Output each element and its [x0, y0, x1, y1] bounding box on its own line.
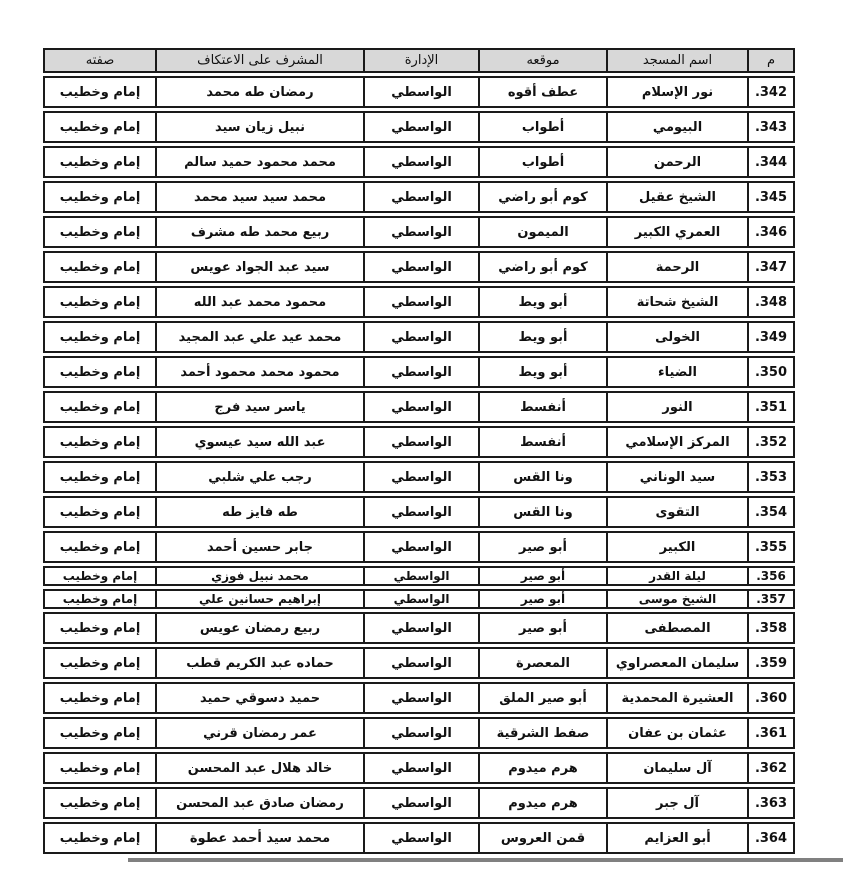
cell-supervisor: طه فايز طه — [155, 498, 363, 526]
cell-mosque-name: آل جبر — [606, 789, 747, 817]
cell-admin: الواسطي — [363, 218, 478, 246]
cell-mosque-name: المركز الإسلامي — [606, 428, 747, 456]
cell-supervisor: إبراهيم حسانين علي — [155, 591, 363, 607]
cell-mosque-name: العشيرة المحمدية — [606, 684, 747, 712]
header-admin: الإدارة — [363, 50, 478, 71]
cell-mosque-name: الرحمن — [606, 148, 747, 176]
cell-number: .348 — [747, 288, 793, 316]
cell-supervisor: محمد سيد أحمد عطوة — [155, 824, 363, 852]
table-row: .355 الكبير أبو صير الواسطي جابر حسين أح… — [43, 531, 795, 563]
table-row: .353 سيد الوناني ونا القس الواسطي رجب عل… — [43, 461, 795, 493]
cell-number: .346 — [747, 218, 793, 246]
cell-number: .353 — [747, 463, 793, 491]
cell-title: إمام وخطيب — [45, 428, 155, 456]
header-number: م — [747, 50, 793, 71]
cell-location: الميمون — [478, 218, 606, 246]
cell-title: إمام وخطيب — [45, 148, 155, 176]
cell-admin: الواسطي — [363, 428, 478, 456]
cell-mosque-name: سيد الوناني — [606, 463, 747, 491]
cell-number: .360 — [747, 684, 793, 712]
table-row: .362 آل سليمان هرم ميدوم الواسطي خالد هل… — [43, 752, 795, 784]
cell-admin: الواسطي — [363, 789, 478, 817]
table-row: .359 سليمان المعصراوي المعصرة الواسطي حم… — [43, 647, 795, 679]
table-row: .351 النور أنفسط الواسطي ياسر سيد فرج إم… — [43, 391, 795, 423]
cell-admin: الواسطي — [363, 113, 478, 141]
cell-number: .344 — [747, 148, 793, 176]
cell-location: أبو صير الملق — [478, 684, 606, 712]
cell-supervisor: محمد محمود حميد سالم — [155, 148, 363, 176]
cell-supervisor: جابر حسين أحمد — [155, 533, 363, 561]
cell-supervisor: محمد سيد سيد محمد — [155, 183, 363, 211]
cell-title: إمام وخطيب — [45, 253, 155, 281]
table-row: .350 الضياء أبو ويط الواسطي محمود محمد م… — [43, 356, 795, 388]
cell-admin: الواسطي — [363, 498, 478, 526]
cell-supervisor: رجب علي شلبي — [155, 463, 363, 491]
cell-number: .352 — [747, 428, 793, 456]
cell-supervisor: خالد هلال عبد المحسن — [155, 754, 363, 782]
cell-location: أبو صير — [478, 614, 606, 642]
cell-title: إمام وخطيب — [45, 393, 155, 421]
cell-supervisor: محمد عيد علي عبد المجيد — [155, 323, 363, 351]
cell-admin: الواسطي — [363, 393, 478, 421]
header-title: صفته — [45, 50, 155, 71]
table-row: .363 آل جبر هرم ميدوم الواسطي رمضان صادق… — [43, 787, 795, 819]
cell-location: أنفسط — [478, 393, 606, 421]
cell-number: .358 — [747, 614, 793, 642]
cell-number: .364 — [747, 824, 793, 852]
cell-location: أبو ويط — [478, 288, 606, 316]
cell-location: أطواب — [478, 113, 606, 141]
cell-admin: الواسطي — [363, 463, 478, 491]
cell-number: .362 — [747, 754, 793, 782]
cell-title: إمام وخطيب — [45, 789, 155, 817]
cell-mosque-name: الشيخ شحاتة — [606, 288, 747, 316]
cell-title: إمام وخطيب — [45, 113, 155, 141]
cell-number: .355 — [747, 533, 793, 561]
cell-title: إمام وخطيب — [45, 754, 155, 782]
table-row: .361 عثمان بن عفان صفط الشرقية الواسطي ع… — [43, 717, 795, 749]
table-body: .342 نور الإسلام عطف أقوه الواسطي رمضان … — [43, 76, 795, 854]
cell-admin: الواسطي — [363, 253, 478, 281]
cell-mosque-name: الضياء — [606, 358, 747, 386]
table-row: .347 الرحمة كوم أبو راضي الواسطي سيد عبد… — [43, 251, 795, 283]
cell-number: .349 — [747, 323, 793, 351]
cell-admin: الواسطي — [363, 288, 478, 316]
cell-title: إمام وخطيب — [45, 824, 155, 852]
table-row: .348 الشيخ شحاتة أبو ويط الواسطي محمود م… — [43, 286, 795, 318]
cell-supervisor: رمضان طه محمد — [155, 78, 363, 106]
cell-admin: الواسطي — [363, 684, 478, 712]
cell-supervisor: سيد عبد الجواد عويس — [155, 253, 363, 281]
cell-number: .363 — [747, 789, 793, 817]
cell-title: إمام وخطيب — [45, 498, 155, 526]
header-mosque-name: اسم المسجد — [606, 50, 747, 71]
cell-mosque-name: الشيخ عقيل — [606, 183, 747, 211]
cell-mosque-name: الشيخ موسى — [606, 591, 747, 607]
cell-mosque-name: البيومي — [606, 113, 747, 141]
cell-supervisor: نبيل زيان سيد — [155, 113, 363, 141]
cell-supervisor: عبد الله سيد عيسوي — [155, 428, 363, 456]
cell-location: أبو ويط — [478, 358, 606, 386]
table-row: .349 الخولى أبو ويط الواسطي محمد عيد علي… — [43, 321, 795, 353]
cell-supervisor: رمضان صادق عبد المحسن — [155, 789, 363, 817]
cell-mosque-name: نور الإسلام — [606, 78, 747, 106]
cell-mosque-name: المصطفى — [606, 614, 747, 642]
cell-mosque-name: أبو العزايم — [606, 824, 747, 852]
cell-title: إمام وخطيب — [45, 684, 155, 712]
cell-supervisor: حماده عبد الكريم قطب — [155, 649, 363, 677]
cell-mosque-name: الرحمة — [606, 253, 747, 281]
cell-number: .356 — [747, 568, 793, 584]
cell-title: إمام وخطيب — [45, 568, 155, 584]
table-row: .364 أبو العزايم قمن العروس الواسطي محمد… — [43, 822, 795, 854]
cell-location: قمن العروس — [478, 824, 606, 852]
cell-number: .357 — [747, 591, 793, 607]
cell-location: أطواب — [478, 148, 606, 176]
cell-location: ونا القس — [478, 498, 606, 526]
cell-supervisor: محمد نبيل فوزي — [155, 568, 363, 584]
cell-location: هرم ميدوم — [478, 789, 606, 817]
table-row: .345 الشيخ عقيل كوم أبو راضي الواسطي محم… — [43, 181, 795, 213]
cell-location: كوم أبو راضي — [478, 183, 606, 211]
cell-number: .359 — [747, 649, 793, 677]
cell-title: إمام وخطيب — [45, 591, 155, 607]
cell-number: .345 — [747, 183, 793, 211]
cell-title: إمام وخطيب — [45, 323, 155, 351]
cell-mosque-name: العمري الكبير — [606, 218, 747, 246]
cell-location: أبو صير — [478, 591, 606, 607]
cell-title: إمام وخطيب — [45, 649, 155, 677]
cell-admin: الواسطي — [363, 614, 478, 642]
cell-mosque-name: آل سليمان — [606, 754, 747, 782]
cell-admin: الواسطي — [363, 78, 478, 106]
cell-mosque-name: عثمان بن عفان — [606, 719, 747, 747]
table-row: .346 العمري الكبير الميمون الواسطي ربيع … — [43, 216, 795, 248]
cell-number: .350 — [747, 358, 793, 386]
cell-title: إمام وخطيب — [45, 358, 155, 386]
scanned-document-page: م اسم المسجد موقعه الإدارة المشرف على ال… — [0, 0, 843, 872]
table-row: .357 الشيخ موسى أبو صير الواسطي إبراهيم … — [43, 589, 795, 609]
cell-admin: الواسطي — [363, 568, 478, 584]
cell-number: .347 — [747, 253, 793, 281]
cell-admin: الواسطي — [363, 824, 478, 852]
cell-title: إمام وخطيب — [45, 719, 155, 747]
cell-supervisor: محمود محمد عبد الله — [155, 288, 363, 316]
cell-title: إمام وخطيب — [45, 78, 155, 106]
table-row: .360 العشيرة المحمدية أبو صير الملق الوا… — [43, 682, 795, 714]
cell-supervisor: ربيع محمد طه مشرف — [155, 218, 363, 246]
cell-admin: الواسطي — [363, 649, 478, 677]
cell-mosque-name: سليمان المعصراوي — [606, 649, 747, 677]
cell-mosque-name: الكبير — [606, 533, 747, 561]
table-row: .354 التقوى ونا القس الواسطي طه فايز طه … — [43, 496, 795, 528]
cell-title: إمام وخطيب — [45, 533, 155, 561]
cell-location: أبو صير — [478, 568, 606, 584]
table-row: .342 نور الإسلام عطف أقوه الواسطي رمضان … — [43, 76, 795, 108]
cell-title: إمام وخطيب — [45, 288, 155, 316]
cell-number: .354 — [747, 498, 793, 526]
cell-mosque-name: ليلة القدر — [606, 568, 747, 584]
cell-location: كوم أبو راضي — [478, 253, 606, 281]
cell-location: عطف أقوه — [478, 78, 606, 106]
cell-location: صفط الشرقية — [478, 719, 606, 747]
cell-admin: الواسطي — [363, 719, 478, 747]
table-row: .343 البيومي أطواب الواسطي نبيل زيان سيد… — [43, 111, 795, 143]
cell-admin: الواسطي — [363, 148, 478, 176]
cell-title: إمام وخطيب — [45, 218, 155, 246]
table-row: .344 الرحمن أطواب الواسطي محمد محمود حمي… — [43, 146, 795, 178]
cell-location: أبو صير — [478, 533, 606, 561]
table-row: .358 المصطفى أبو صير الواسطي ربيع رمضان … — [43, 612, 795, 644]
cell-number: .343 — [747, 113, 793, 141]
table-row: .356 ليلة القدر أبو صير الواسطي محمد نبي… — [43, 566, 795, 586]
cell-number: .361 — [747, 719, 793, 747]
cell-mosque-name: التقوى — [606, 498, 747, 526]
cell-title: إمام وخطيب — [45, 463, 155, 491]
cell-supervisor: عمر رمضان قرني — [155, 719, 363, 747]
cell-supervisor: محمود محمد محمود أحمد — [155, 358, 363, 386]
cell-supervisor: ربيع رمضان عويس — [155, 614, 363, 642]
cell-admin: الواسطي — [363, 323, 478, 351]
cell-number: .351 — [747, 393, 793, 421]
cell-location: أنفسط — [478, 428, 606, 456]
cell-admin: الواسطي — [363, 754, 478, 782]
cell-supervisor: حميد دسوقي حميد — [155, 684, 363, 712]
cell-mosque-name: الخولى — [606, 323, 747, 351]
header-supervisor: المشرف على الاعتكاف — [155, 50, 363, 71]
cell-number: .342 — [747, 78, 793, 106]
page-edge-shadow — [128, 858, 843, 862]
table-header-row: م اسم المسجد موقعه الإدارة المشرف على ال… — [43, 48, 795, 73]
header-location: موقعه — [478, 50, 606, 71]
cell-location: المعصرة — [478, 649, 606, 677]
cell-title: إمام وخطيب — [45, 614, 155, 642]
table-row: .352 المركز الإسلامي أنفسط الواسطي عبد ا… — [43, 426, 795, 458]
cell-mosque-name: النور — [606, 393, 747, 421]
cell-admin: الواسطي — [363, 591, 478, 607]
cell-location: ونا القس — [478, 463, 606, 491]
cell-title: إمام وخطيب — [45, 183, 155, 211]
cell-location: أبو ويط — [478, 323, 606, 351]
cell-admin: الواسطي — [363, 183, 478, 211]
cell-admin: الواسطي — [363, 533, 478, 561]
cell-location: هرم ميدوم — [478, 754, 606, 782]
mosques-itikaf-table: م اسم المسجد موقعه الإدارة المشرف على ال… — [43, 48, 795, 854]
cell-admin: الواسطي — [363, 358, 478, 386]
cell-supervisor: ياسر سيد فرج — [155, 393, 363, 421]
